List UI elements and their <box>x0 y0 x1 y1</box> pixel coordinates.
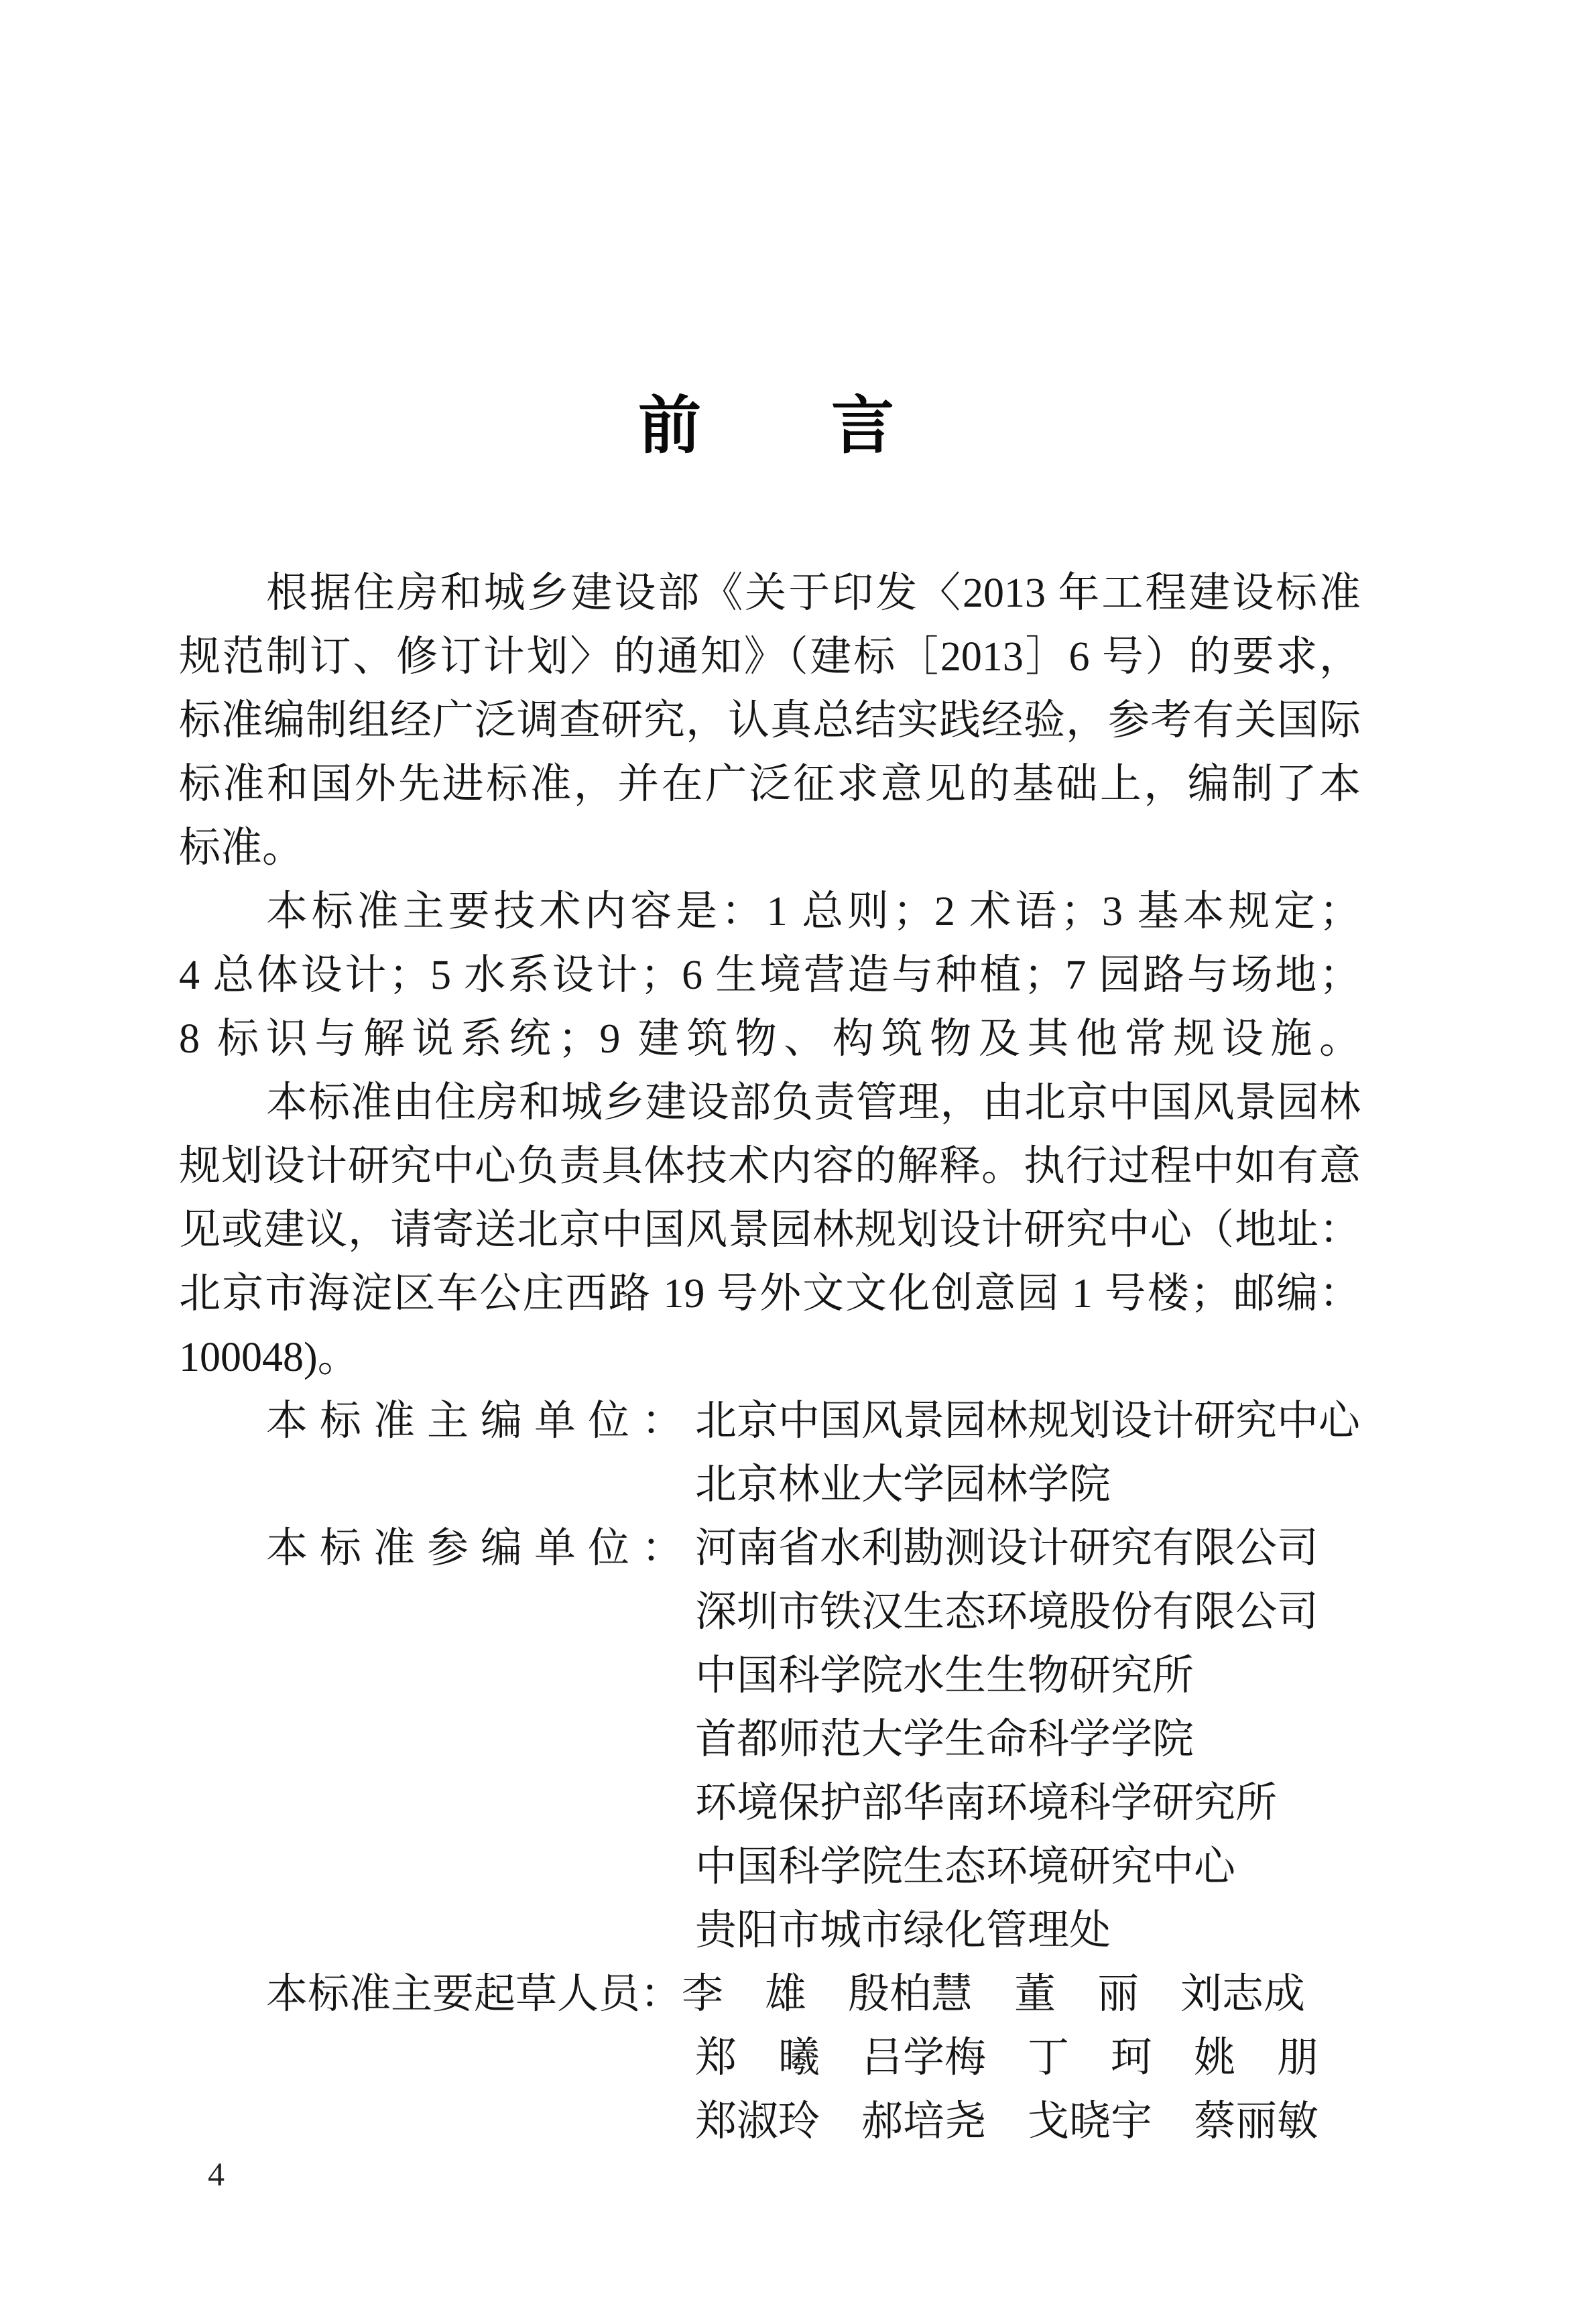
text-line: 规范制订、修订计划〉的通知》（建标［2013］6 号）的要求， <box>179 625 1361 689</box>
text-line: 首都师范大学生命科学学院 <box>179 1708 1361 1772</box>
line-text: 河南省水利勘测设计研究有限公司 <box>695 1526 1318 1571</box>
text-line: 标准编制组经广泛调查研究，认真总结实践经验，参考有关国际 <box>179 689 1361 753</box>
text-line: 标准。 <box>179 816 1361 880</box>
text-line: 4 总体设计；5 水系设计；6 生境营造与种植；7 园路与场地； <box>179 944 1361 1008</box>
text-line: 本标准主编单位：北京中国风景园林规划设计研究中心 <box>179 1390 1361 1453</box>
text-line: 环境保护部华南环境科学研究所 <box>179 1772 1361 1835</box>
line-label: 本标准主要起草人员： <box>266 1971 682 2017</box>
text-line: 见或建议，请寄送北京中国风景园林规划设计研究中心（地址： <box>179 1199 1361 1262</box>
page: 前 言 根据住房和城乡建设部《关于印发〈2013 年工程建设标准规范制订、修订计… <box>0 0 1596 2310</box>
text-line: 中国科学院生态环境研究中心 <box>179 1835 1361 1899</box>
line-label: 本标准主编单位： <box>266 1398 695 1444</box>
text-line: 郑淑玲 郝培尧 戈晓宇 蔡丽敏 <box>179 2090 1361 2154</box>
line-text: 北京中国风景园林规划设计研究中心 <box>695 1398 1360 1444</box>
text-line: 标准和国外先进标准，并在广泛征求意见的基础上，编制了本 <box>179 753 1361 816</box>
text-line: 深圳市铁汉生态环境股份有限公司 <box>179 1581 1361 1644</box>
line-text: 李 雄 殷柏慧 董 丽 刘志成 <box>682 1971 1305 2017</box>
text-line: 北京林业大学园林学院 <box>179 1453 1361 1517</box>
text-line: 本标准主要技术内容是：1 总则；2 术语；3 基本规定； <box>179 880 1361 944</box>
line-label: 本标准参编单位： <box>266 1526 695 1571</box>
text-line: 北京市海淀区车公庄西路 19 号外文文化创意园 1 号楼；邮编： <box>179 1262 1361 1326</box>
page-title: 前 言 <box>638 389 896 465</box>
text-line: 本标准参编单位：河南省水利勘测设计研究有限公司 <box>179 1517 1361 1581</box>
text-line: 贵阳市城市绿化管理处 <box>179 1899 1361 1963</box>
text-line: 中国科学院水生生物研究所 <box>179 1644 1361 1708</box>
text-line: 100048)。 <box>179 1326 1361 1390</box>
text-line: 本标准由住房和城乡建设部负责管理，由北京中国风景园林 <box>179 1071 1361 1135</box>
page-number: 4 <box>208 2157 225 2191</box>
text-line: 郑 曦 吕学梅 丁 珂 姚 朋 <box>179 2026 1361 2090</box>
text-line: 规划设计研究中心负责具体技术内容的解释。执行过程中如有意 <box>179 1135 1361 1199</box>
text-line: 根据住房和城乡建设部《关于印发〈2013 年工程建设标准 <box>179 562 1361 625</box>
text-line: 8 标识与解说系统；9 建筑物、构筑物及其他常规设施。 <box>179 1008 1361 1071</box>
text-line: 本标准主要起草人员：李 雄 殷柏慧 董 丽 刘志成 <box>179 1963 1361 2026</box>
text-block: 根据住房和城乡建设部《关于印发〈2013 年工程建设标准规范制订、修订计划〉的通… <box>179 562 1361 2154</box>
